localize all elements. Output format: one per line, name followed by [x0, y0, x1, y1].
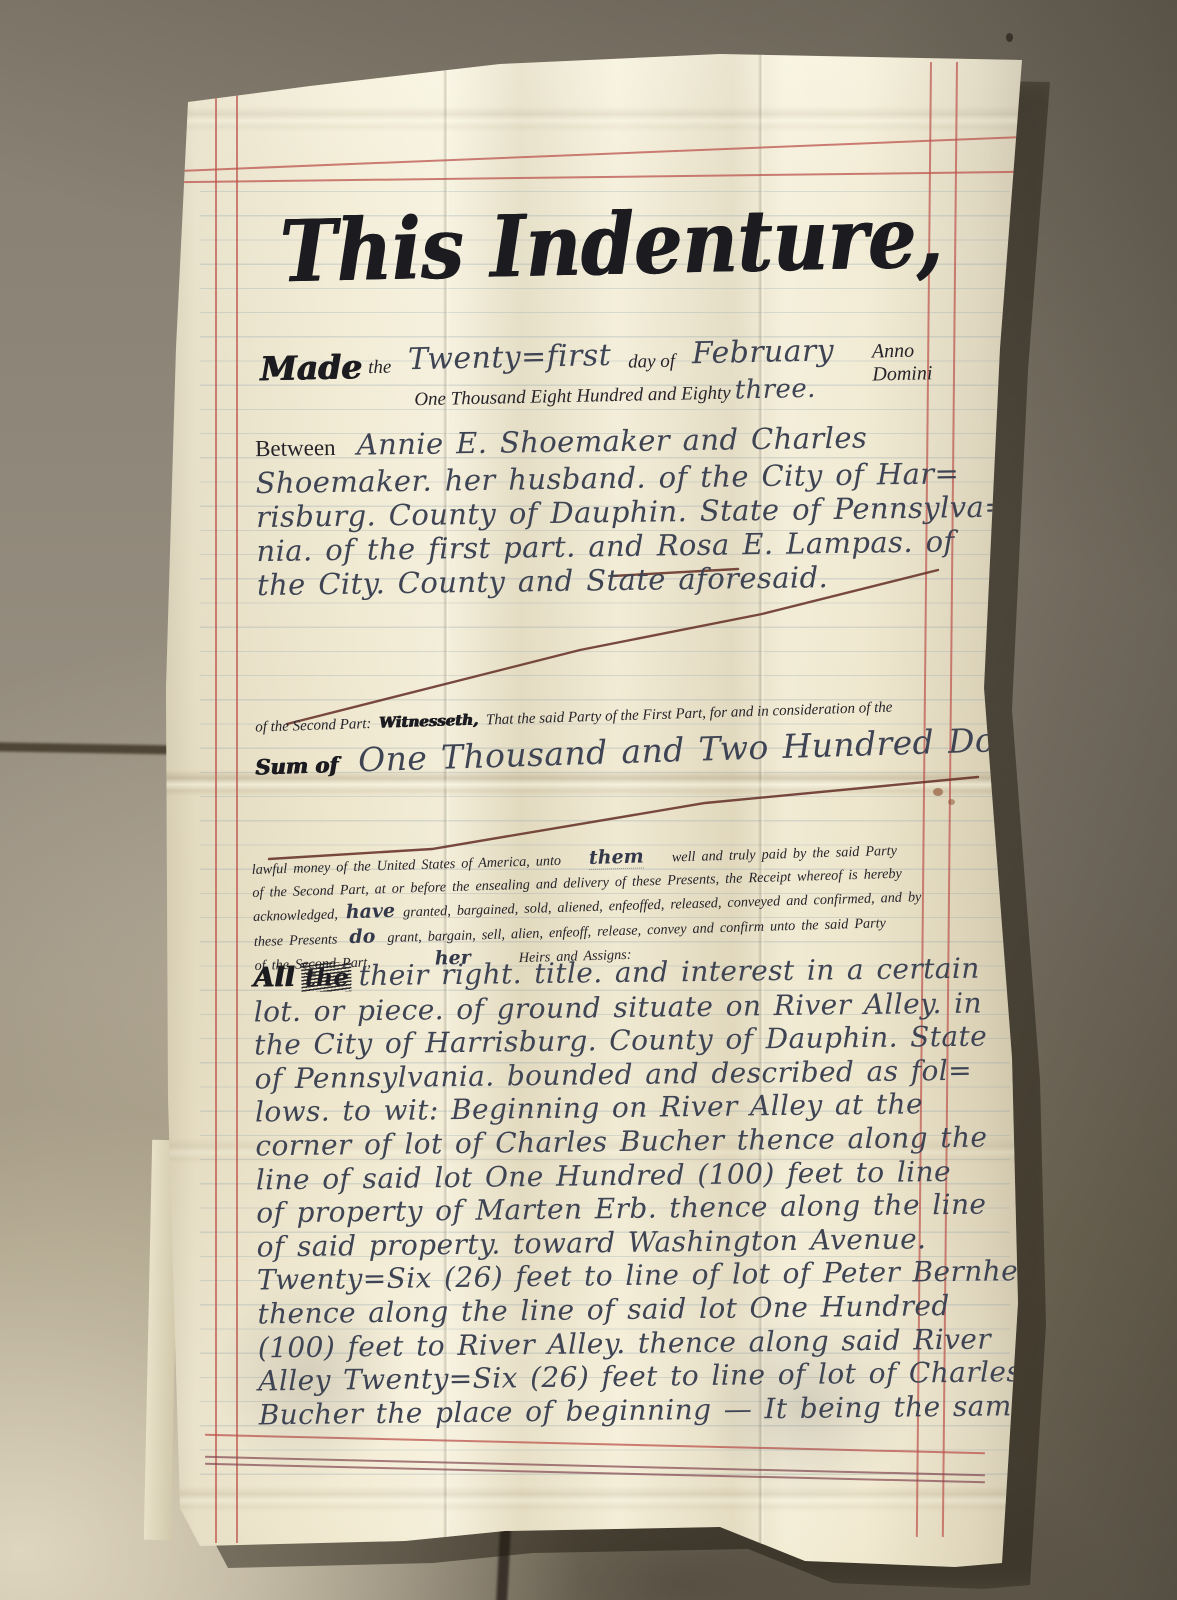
year-script: three.	[734, 374, 816, 406]
between-label: Between	[255, 435, 336, 461]
anno-domini-label: Anno Domini	[872, 338, 971, 386]
property-description: All the their right. title. and interest…	[253, 952, 989, 1432]
struck-word: the	[302, 962, 352, 992]
sum-label: Sum of	[255, 752, 339, 780]
day-value: Twenty=first	[408, 338, 612, 377]
month-value: February	[692, 333, 835, 371]
made-the: the	[368, 357, 392, 379]
between-line: Annie E. Shoemaker and Charles	[357, 421, 868, 462]
document-sheet: This Indenture, Made the Twenty=first da…	[160, 48, 1040, 1573]
witnesseth-lead: of the Second Part:	[255, 716, 372, 736]
script-insert-do: do	[349, 925, 376, 948]
rust-spot	[933, 788, 943, 796]
script-insert-them: them	[589, 845, 644, 870]
year-printed: One Thousand Eight Hundred and Eighty	[414, 383, 731, 411]
top-margin-rule	[182, 136, 1019, 171]
parties-paragraph: Between Annie E. Shoemaker and Charles S…	[255, 419, 987, 602]
photo-of-indenture-on-tile-floor: This Indenture, Made the Twenty=first da…	[0, 0, 1177, 1600]
tile-grout-horizontal	[0, 742, 186, 754]
witnesseth-word: Witnesseth,	[379, 711, 479, 732]
script-insert-have: have	[345, 900, 395, 923]
day-of-label: day of	[628, 351, 675, 374]
all-label: All	[253, 962, 295, 994]
rust-spot	[948, 799, 955, 805]
fold-crease-horizontal-top	[160, 106, 1040, 132]
floor-speck	[1006, 33, 1013, 42]
left-margin-rule	[215, 88, 217, 1543]
made-word: Made	[260, 347, 363, 388]
fold-crease-bottom	[160, 1486, 1040, 1512]
document-title: This Indenture,	[279, 187, 921, 301]
handwritten-line: their right. title. and interest in a ce…	[358, 952, 979, 993]
